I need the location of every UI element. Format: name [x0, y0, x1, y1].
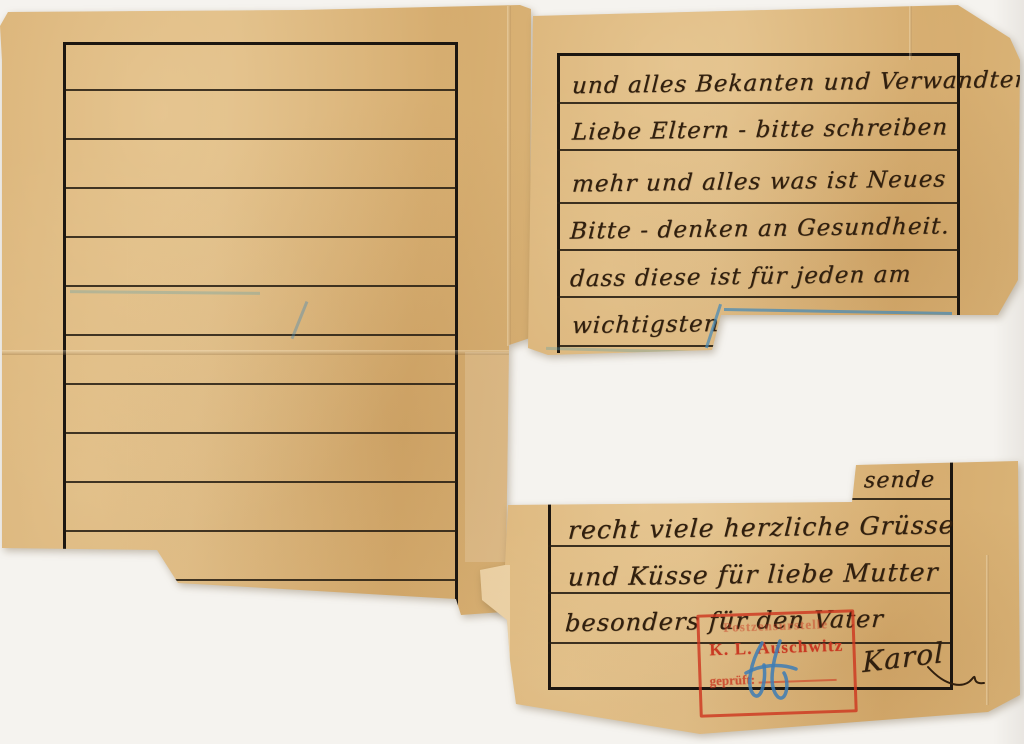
top-right-paper: und alles Bekanten und Verwandten Liebe …: [524, 0, 1024, 360]
letter-grid-top-border: [557, 53, 959, 56]
vertical-fold-crease: [507, 6, 511, 346]
handwriting-line-8: und Küsse für liebe Mutter: [567, 557, 939, 591]
handwriting-line-2: Liebe Eltern - bitte schreiben: [571, 114, 949, 145]
ruled-line: [557, 345, 717, 347]
handwriting-line-6: wichtigsten.: [571, 311, 728, 339]
handwriting-line-5: dass diese ist für jeden am: [569, 262, 912, 293]
blue-tear-edge-line: [546, 347, 712, 354]
bottom-right-paper: sende recht viele herzliche Grüsse und K…: [478, 455, 1024, 744]
left-fold-flap-highlight: [480, 565, 510, 665]
letter-grid-right-border: [950, 461, 953, 689]
right-vertical-crease: [986, 555, 989, 705]
letter-grid-left-border: [548, 503, 551, 689]
bottom-right-fragment: sende recht viele herzliche Grüsse und K…: [478, 455, 1024, 744]
ruled-line: [548, 592, 950, 594]
small-vertical-crease: [909, 5, 912, 60]
ruled-line: [548, 498, 950, 500]
left-sheet-paper: [0, 0, 536, 620]
form-ruled-lines: [66, 89, 456, 583]
handwriting-partial-word: sende: [863, 467, 935, 493]
ruled-line: [557, 296, 959, 298]
blue-censor-line: [724, 308, 952, 314]
ruled-line: [557, 249, 959, 251]
left-sheet: [0, 0, 536, 620]
blue-censor-initials: [736, 633, 806, 713]
form-grid-top-border: [63, 42, 458, 45]
scanned-letter: und alles Bekanten und Verwandten Liebe …: [0, 0, 1024, 744]
top-right-fragment: und alles Bekanten und Verwandten Liebe …: [524, 0, 1024, 360]
ruled-line: [557, 149, 959, 151]
handwriting-line-3: mehr und alles was ist Neues: [571, 166, 947, 197]
ruled-line: [557, 102, 959, 104]
horizontal-fold-crease: [0, 350, 536, 355]
handwriting-line-4: Bitte - denken an Gesundheit.: [569, 213, 950, 244]
ruled-line: [557, 202, 959, 204]
signature-flourish: [926, 661, 986, 691]
ruled-line: [548, 545, 950, 547]
handwriting-line-7: recht viele herzliche Grüsse: [567, 510, 955, 544]
